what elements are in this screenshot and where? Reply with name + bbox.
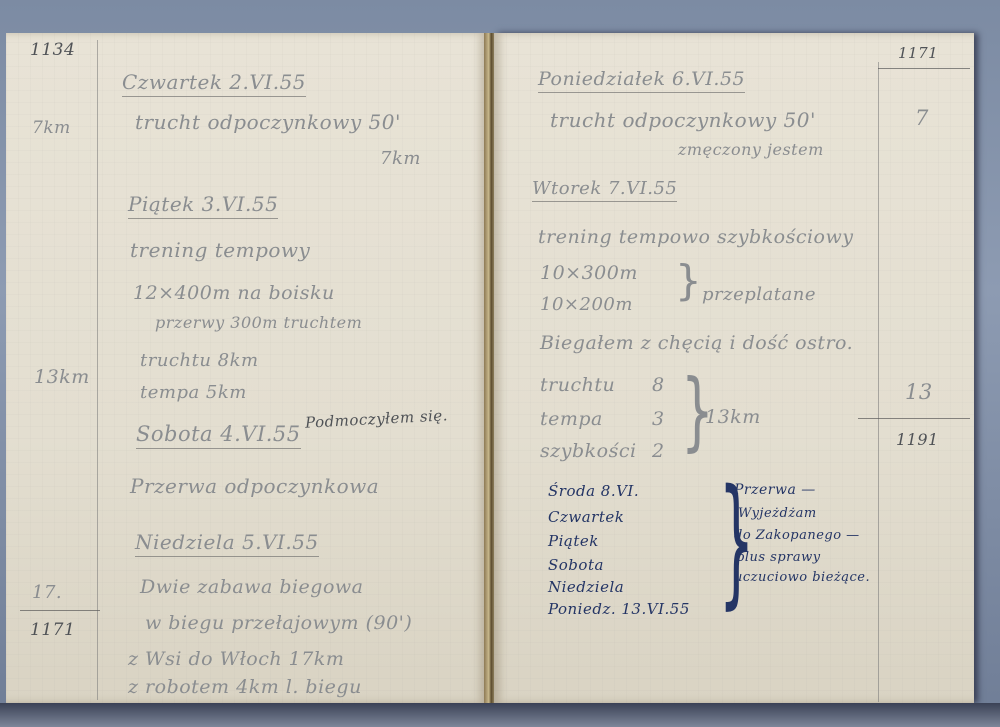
right-carry-in: 1171 (898, 44, 938, 62)
entry-line: przeplatane (702, 284, 816, 305)
right-margin-rule (878, 62, 879, 702)
entry-heading: Wtorek 7.VI.55 (532, 178, 677, 202)
ink-day: Piątek (548, 532, 599, 550)
entry-line: przerwy 300m truchtem (155, 313, 362, 332)
ink-note-line: uczuciowo bieżące. (734, 570, 870, 585)
entry-line: z robotem 4km l. biegu (128, 676, 362, 698)
entry-line: Przerwa odpoczynkowa (130, 474, 379, 498)
entry-line: 10×200m (540, 294, 633, 315)
ink-day: Niedziela (548, 578, 624, 596)
entry-line: 12×400m na boisku (133, 282, 335, 304)
left-margin-rule (97, 40, 98, 700)
ink-day: Środa 8.VI. (548, 482, 639, 500)
right-carry-rule (878, 68, 970, 69)
entry-line: 7km (380, 148, 421, 169)
breakdown-value: 8 (652, 374, 665, 396)
right-km-1: 7 (915, 106, 929, 130)
left-total: 1171 (30, 620, 75, 640)
ink-note-line: do Zakopanego — (734, 528, 860, 543)
ink-note-line: plus sprawy (736, 550, 821, 565)
ink-note-line: Przerwa — (734, 482, 816, 498)
entry-heading: Czwartek 2.VI.55 (122, 70, 306, 97)
breakdown-label: tempa (540, 408, 603, 430)
entry-heading: Piątek 3.VI.55 (128, 192, 278, 219)
breakdown-value: 3 (652, 408, 665, 430)
left-km-2: 13km (34, 366, 90, 388)
breakdown-total: 13km (705, 406, 761, 428)
ink-day: Sobota (548, 556, 604, 574)
entry-line: Dwie zabawa biegowa (140, 576, 364, 598)
right-total-rule (858, 418, 970, 419)
breakdown-label: szybkości (540, 440, 637, 462)
entry-heading: Poniedziałek 6.VI.55 (538, 68, 745, 93)
entry-heading: Sobota 4.VI.55 (136, 422, 301, 449)
left-carry-in: 1134 (30, 40, 75, 60)
ink-day: Czwartek (548, 508, 624, 526)
entry-line: trening tempowo szybkościowy (538, 226, 853, 248)
notebook-cover-edge (0, 703, 1000, 727)
brace-icon: } (675, 260, 702, 302)
entry-line: z Wsi do Włoch 17km (128, 648, 344, 670)
entry-line: trening tempowy (130, 238, 310, 262)
entry-line: Biegałem z chęcią i dość ostro. (540, 332, 853, 354)
entry-line: zmęczony jestem (678, 140, 824, 159)
entry-line: tempa 5km (140, 382, 247, 403)
breakdown-label: truchtu (540, 374, 615, 396)
entry-heading: Niedziela 5.VI.55 (135, 530, 319, 557)
entry-line: trucht odpoczynkowy 50' (550, 108, 816, 132)
entry-line: trucht odpoczynkowy 50' (135, 110, 401, 134)
left-km-3: 17. (32, 582, 62, 603)
breakdown-value: 2 (652, 440, 665, 462)
entry-line: w biegu przełajowym (90') (145, 612, 412, 634)
entry-line: truchtu 8km (140, 350, 259, 371)
left-total-rule (20, 610, 100, 611)
right-km-2: 13 (905, 380, 933, 404)
left-km-1: 7km (32, 118, 71, 138)
ink-note-line: Wyjeżdżam (738, 506, 817, 521)
entry-line: 10×300m (540, 262, 638, 284)
right-total: 1191 (896, 430, 939, 449)
ink-day: Poniedz. 13.VI.55 (548, 600, 690, 618)
